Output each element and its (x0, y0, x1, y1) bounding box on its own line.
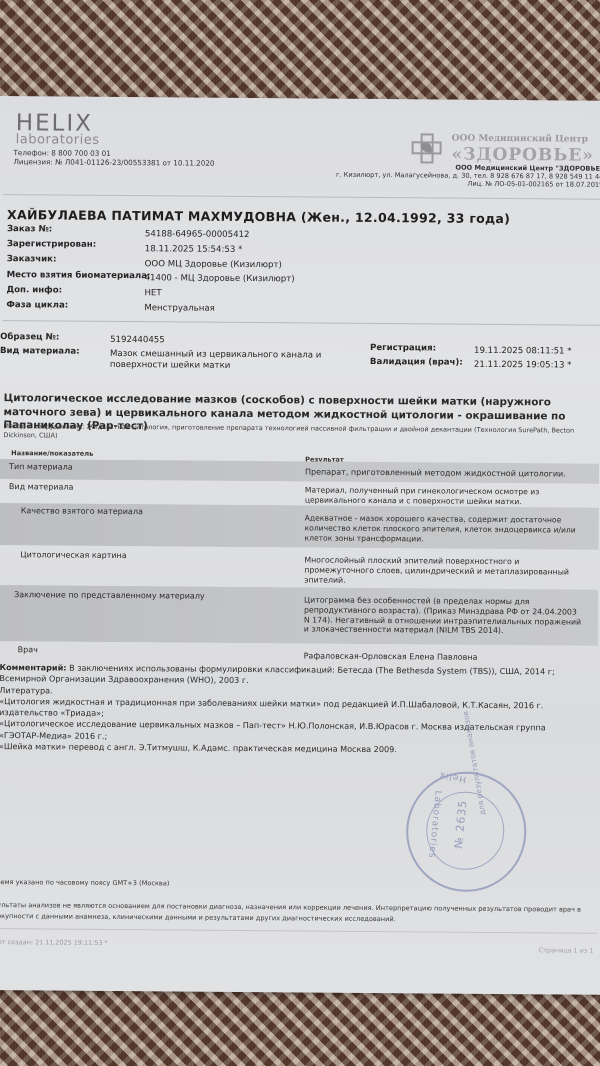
mc-logo-line2: «ЗДОРОВЬЕ» (451, 145, 594, 166)
leaf-icon (421, 141, 432, 152)
validation-label: Валидация (врач): (370, 357, 463, 368)
mc-license: Лиц. № ЛО-05-01-002165 от 18.07.2019 (336, 179, 600, 189)
order-number-value: 54188-64965-00005412 (145, 227, 250, 243)
registration-value: 19.11.2025 08:11:51 * (474, 346, 572, 357)
medical-cross-icon (411, 133, 441, 163)
registered-label: Зарегистрирован: (7, 237, 96, 253)
mc-logo-line1: ООО Медицинский Центр (452, 134, 588, 145)
study-method: Метод и оборудование: Жидкостная цитолог… (3, 422, 588, 445)
validation-value: 21.11.2025 19:05:13 * (474, 360, 572, 371)
header-name: Название/показатель (11, 449, 93, 458)
comment-text: В заключениях использованы формулировки … (0, 663, 555, 686)
row-result: Адекватное - мазок хорошего качества, со… (305, 513, 585, 545)
disclaimer: Результаты анализов не являются основани… (0, 900, 596, 926)
header-divider (3, 194, 600, 200)
material-type-value: Мазок смешанный из цервикального канала … (110, 349, 330, 373)
extra-info-value: НЕТ (144, 286, 161, 301)
table-row: Качество взятого материала Адекватное - … (0, 503, 599, 550)
timezone-note: Время указано по часовому поясу GMT+3 (М… (0, 878, 169, 887)
sample-number-value: 5192440455 (110, 335, 165, 345)
row-name: Заключение по представленному материалу (14, 590, 205, 600)
stamp-text-top: Helix (438, 769, 467, 784)
order-details: Заказ №: 54188-64965-00005412 Зарегистри… (0, 222, 593, 327)
row-name: Врач (18, 645, 38, 654)
row-name: Качество взятого материала (21, 506, 143, 516)
material-type-label: Вид материала: (0, 346, 80, 357)
row-name: Вид материала (9, 482, 74, 492)
comment-block: Комментарий: В заключениях использованы … (0, 662, 585, 757)
row-name: Тип материала (9, 462, 73, 471)
customer-label: Заказчик: (7, 252, 57, 268)
extra-info-label: Доп. инфо: (6, 283, 62, 299)
sample-number-label: Образец №: (0, 332, 59, 342)
sampling-place-label: Место взятия биоматериала: (7, 268, 151, 284)
page-number: Страница 1 из 1 (539, 946, 594, 954)
row-result: Цитограмма без особенностей (в пределах … (304, 595, 584, 636)
helix-logo: HELIX laboratories (16, 112, 100, 147)
cycle-phase-value: Менструальная (144, 301, 215, 317)
registration-label: Регистрация: (370, 343, 436, 354)
table-row: Цитологическая картина Многослойный плос… (0, 545, 598, 590)
helix-contacts: Телефон: 8 800 700 03 01 Лицензия: № Л04… (13, 148, 214, 168)
registered-value: 18.11.2025 15:54:53 * (145, 242, 243, 258)
order-number-label: Заказ №: (7, 222, 52, 238)
sampling-place-value: 41400 - МЦ Здоровье (Кизилюрт) (145, 271, 295, 287)
results-table: Название/показатель Результат Тип матери… (0, 449, 599, 666)
row-result: Многослойный плоский эпителий поверхност… (304, 555, 584, 587)
footer-divider (0, 928, 597, 934)
comment-label: Комментарий: (0, 662, 67, 673)
row-result: Рафаловская-Орловская Елена Павловна (304, 651, 584, 664)
lab-report-page: HELIX laboratories Телефон: 8 800 700 03… (0, 96, 600, 995)
helix-license: Лицензия: № Л041-01126-23/00553381 от 10… (13, 157, 214, 168)
medical-center-info: ООО Медицинский Центр "ЗДОРОВЬЕ" г. Кизи… (336, 163, 600, 190)
row-result: Препарат, приготовленный методом жидкост… (305, 467, 585, 480)
cycle-phase-label: Фаза цикла: (6, 298, 68, 314)
row-result: Материал, полученный при гинекологическо… (305, 485, 585, 506)
table-row: Заключение по представленному материалу … (0, 585, 598, 646)
lab-stamp: Helix Laboratories для результатов анали… (406, 771, 527, 892)
helix-logo-subtitle: laboratories (16, 134, 100, 147)
report-created: Отчет создан: 21.11.2025 19:11:53 * (0, 938, 108, 947)
row-name: Цитологическая картина (20, 550, 126, 560)
